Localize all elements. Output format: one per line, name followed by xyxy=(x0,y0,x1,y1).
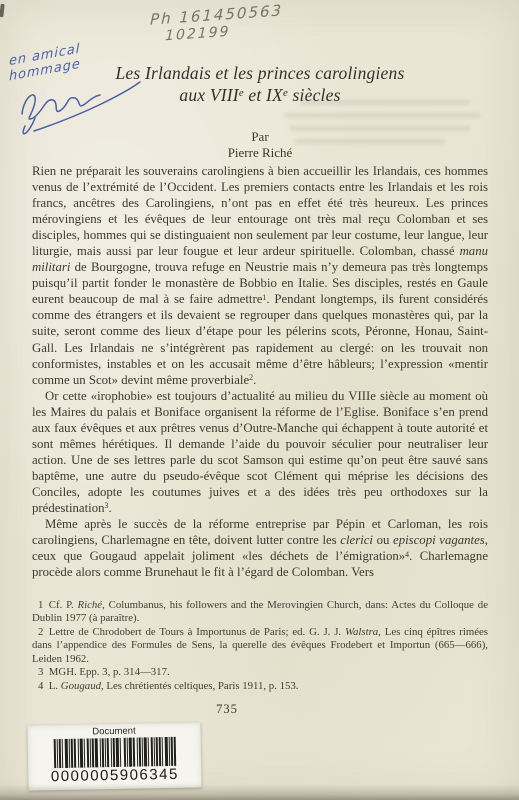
title-line-1: Les Irlandais et les princes carolingien… xyxy=(32,62,488,84)
footnote: 2 Lettre de Chrodobert de Tours à Import… xyxy=(32,626,488,666)
body-paragraph: Même après le succès de la réforme entre… xyxy=(32,516,488,580)
body-paragraph: Or cette «irophobie» est toujours d’actu… xyxy=(32,388,488,516)
article-body: Rien ne préparait les souverains carolin… xyxy=(32,163,488,580)
footnote: 1 Cf. P. Riché, Columbanus, his follower… xyxy=(32,599,488,626)
byline-par: Par xyxy=(32,129,488,145)
barcode-sticker: Document 0000005906345 xyxy=(27,722,201,790)
handwritten-accession-number-2: 102199 xyxy=(165,24,231,45)
showthrough-ghost-line xyxy=(285,113,480,118)
footnote: 3 MGH. Epp. 3, p. 314—317. xyxy=(32,666,488,679)
page-bottom-shadow xyxy=(0,784,519,800)
footnotes: 1 Cf. P. Riché, Columbanus, his follower… xyxy=(32,599,488,693)
barcode-label: Document xyxy=(92,727,135,738)
title-line-2: aux VIIIe et IXe siècles xyxy=(32,84,488,106)
scan-corner-mark xyxy=(0,4,5,17)
page-number: 735 xyxy=(32,702,422,717)
barcode-bars xyxy=(53,737,176,768)
article-title: Les Irlandais et les princes carolingien… xyxy=(32,62,488,106)
scanned-document-page: Ph 161450563 102199 en amical hommage Le… xyxy=(0,0,519,800)
author-name: Pierre Riché xyxy=(32,145,488,161)
footnote: 4 L. Gougaud, Les chrétientés celtiques,… xyxy=(32,680,488,693)
body-paragraph: Rien ne préparait les souverains carolin… xyxy=(32,163,488,388)
